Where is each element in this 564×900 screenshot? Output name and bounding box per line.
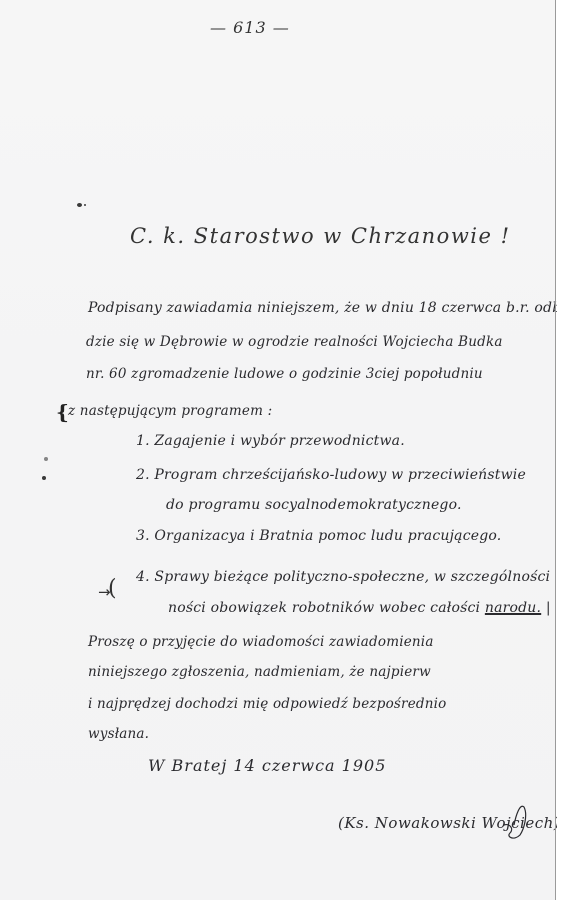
item-text: Sprawy bieżące polityczno-społeczne, w s…: [154, 569, 550, 585]
signature-flourish-icon: [500, 795, 530, 845]
item-number: 4.: [136, 569, 150, 585]
closing-line-1: Proszę o przyjęcie do wiadomości zawiado…: [88, 634, 434, 650]
underlined-word: narodu.: [485, 600, 541, 616]
body-line-2: dzie się w Dębrowie w ogrodzie realności…: [86, 334, 503, 350]
body-line-4: z następującym programem :: [68, 403, 272, 419]
item-number: 2.: [136, 467, 150, 483]
margin-bracket-mark: |: [541, 600, 551, 616]
closing-line-3: i najprędzej dochodzi mię odpowiedź bezp…: [88, 696, 446, 712]
program-item-4-continuation: ności obowiązek robotników wobec całości…: [168, 600, 551, 616]
item-text: Organizacya i Bratnia pomoc ludu pracują…: [154, 528, 501, 544]
closing-line-4: wysłana.: [88, 726, 149, 742]
item-number: 3.: [136, 528, 150, 544]
item-text: Zagajenie i wybór przewodnictwa.: [154, 433, 404, 449]
page-edge-line: [555, 0, 556, 900]
item-text: Program chrześcijańsko-ludowy w przeciwi…: [154, 467, 526, 483]
ink-blot: [42, 476, 46, 480]
program-item-2-continuation: do programu socyalnodemokratycznego.: [166, 497, 462, 513]
salutation-heading: C. k. Starostwo w Chrzanowie !: [130, 224, 511, 248]
ink-blot: [77, 203, 82, 207]
margin-parenthesis-mark: (: [108, 576, 117, 601]
margin-bracket-mark: {: [56, 400, 69, 424]
page-number: — 613 —: [210, 18, 290, 37]
closing-line-2: niniejszego zgłoszenia, nadmieniam, że n…: [88, 664, 431, 680]
program-item-2: 2. Program chrześcijańsko-ludowy w przec…: [136, 467, 526, 483]
program-item-4: 4. Sprawy bieżące polityczno-społeczne, …: [136, 569, 550, 585]
body-line-3: nr. 60 zgromadzenie ludowe o godzinie 3c…: [86, 366, 483, 382]
scan-border: [557, 0, 564, 900]
ink-speck: [84, 204, 86, 206]
scanned-letter-page: — 613 — C. k. Starostwo w Chrzanowie ! P…: [0, 0, 556, 900]
item-text: ności obowiązek robotników wobec całości: [168, 600, 485, 616]
ink-speck: [44, 457, 48, 461]
date-line: W Bratej 14 czerwca 1905: [148, 756, 386, 775]
program-item-1: 1. Zagajenie i wybór przewodnictwa.: [136, 433, 405, 449]
body-line-1: Podpisany zawiadamia niniejszem, że w dn…: [88, 300, 564, 316]
item-number: 1.: [136, 433, 150, 449]
program-item-3: 3. Organizacya i Bratnia pomoc ludu prac…: [136, 528, 501, 544]
